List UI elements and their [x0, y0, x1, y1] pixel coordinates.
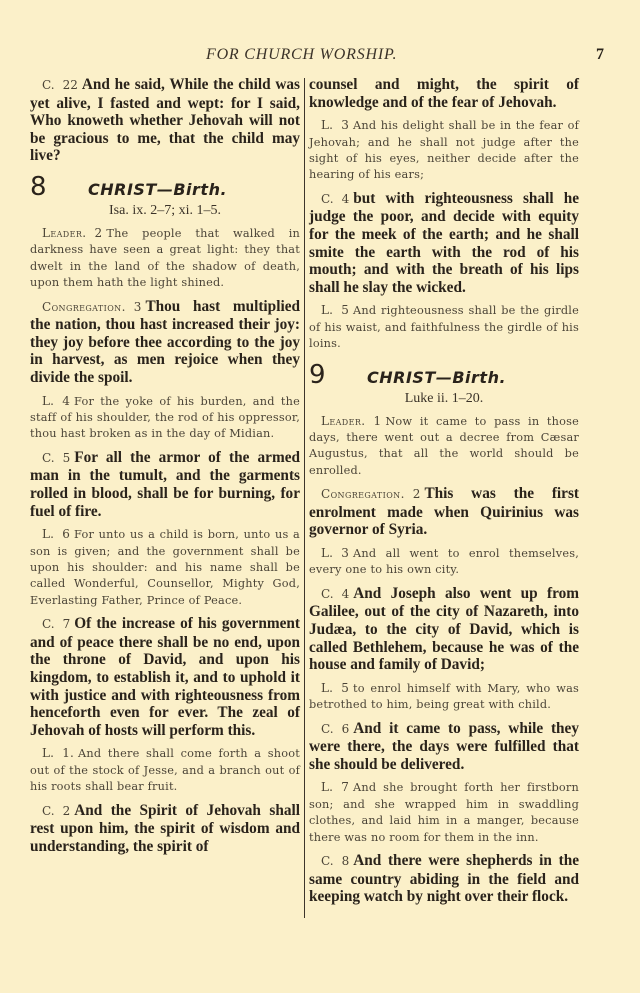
verse-number: 22	[63, 78, 78, 92]
section-title: CHRIST—Birth.	[367, 368, 506, 387]
verse-congregation-2: Congregation.2This was the first enrolme…	[309, 485, 579, 539]
right-column: counsel and might, the spirit of knowled…	[309, 76, 579, 912]
verse-l6: L.6For unto us a child is born, unto us …	[30, 526, 300, 609]
verse-l7: L.7And she brought forth her firstborn s…	[309, 779, 579, 846]
speaker-label: C.	[42, 617, 55, 631]
verse-congregation-3: Congregation.3Thou hast multiplied the n…	[30, 298, 300, 387]
running-title: FOR CHURCH WORSHIP.	[206, 46, 397, 64]
verse-text: Of the increase of his government and of…	[30, 615, 300, 739]
speaker-label: L.	[42, 394, 54, 408]
verse-c4: C.4but with righteousness shall he judge…	[309, 190, 579, 297]
speaker-label: L.	[321, 303, 333, 317]
left-column: C.22And he said, While the child was yet…	[30, 76, 300, 861]
speaker-label: L.	[321, 546, 333, 560]
section-number: 9	[309, 361, 367, 389]
verse-leader-2: Leader.2The people that walked in darkne…	[30, 225, 300, 292]
verse-number: 5	[63, 451, 71, 465]
verse-number: 3	[134, 300, 142, 314]
verse-text: counsel and might, the spirit of knowled…	[309, 76, 579, 111]
verse-number: 6	[62, 527, 70, 541]
verse-text: but with righteousness shall he judge th…	[309, 190, 579, 296]
page-header: FOR CHURCH WORSHIP. 7	[0, 46, 640, 68]
verse-number: 5	[341, 681, 349, 695]
verse-text: And the Spirit of Jehovah shall rest upo…	[30, 802, 300, 855]
verse-number: 3	[341, 546, 349, 560]
verse-l5b: L.5to enrol himself with Mary, who was b…	[309, 680, 579, 714]
verse-number: 7	[341, 780, 349, 794]
speaker-label: C.	[321, 722, 334, 736]
verse-number: 5	[341, 303, 349, 317]
verse-l1: L.1.And there shall come forth a shoot o…	[30, 745, 300, 795]
verse-text: And she brought forth her firstborn son;…	[309, 781, 579, 843]
verse-number: 8	[342, 854, 350, 868]
verse-text: And his delight shall be in the fear of …	[309, 119, 579, 181]
verse-text: to enrol himself with Mary, who was betr…	[309, 682, 579, 711]
verse-number: 6	[342, 722, 350, 736]
verse-c8: C.8And there were shepherds in the same …	[309, 852, 579, 906]
speaker-label: Congregation.	[42, 300, 126, 314]
section-title: CHRIST—Birth.	[88, 180, 227, 199]
section-number: 8	[30, 173, 88, 201]
speaker-label: C.	[42, 451, 55, 465]
verse-c22: C.22And he said, While the child was yet…	[30, 76, 300, 165]
section-heading-8: 8 CHRIST—Birth.	[30, 173, 300, 201]
section-heading-9: 9 CHRIST—Birth.	[309, 361, 579, 389]
verse-l4: L.4For the yoke of his burden, and the s…	[30, 393, 300, 443]
column-divider	[304, 78, 305, 918]
speaker-label: Congregation.	[321, 487, 405, 501]
verse-l3: L.3And his delight shall be in the fear …	[309, 117, 579, 184]
verse-number: 3	[341, 118, 349, 132]
verse-number: 2	[413, 487, 421, 501]
verse-c6: C.6And it came to pass, while they were …	[309, 720, 579, 774]
verse-number: 1.	[62, 746, 74, 760]
speaker-label: L.	[42, 527, 54, 541]
scripture-reference: Isa. ix. 2–7; xi. 1–5.	[30, 203, 300, 219]
verse-c4b: C.4And Joseph also went up from Galilee,…	[309, 585, 579, 674]
verse-number: 2	[94, 226, 102, 240]
verse-number: 4	[342, 587, 350, 601]
verse-c5: C.5For all the armor of the armed man in…	[30, 449, 300, 520]
speaker-label: C.	[321, 192, 334, 206]
verse-c7: C.7Of the increase of his government and…	[30, 615, 300, 739]
speaker-label: C.	[321, 587, 334, 601]
speaker-label: L.	[321, 681, 333, 695]
verse-text: For the yoke of his burden, and the staf…	[30, 395, 300, 441]
verse-c2: C.2And the Spirit of Jehovah shall rest …	[30, 802, 300, 856]
verse-number: 1	[373, 414, 381, 428]
speaker-label: C.	[321, 854, 334, 868]
page-number: 7	[596, 46, 604, 64]
speaker-label: Leader.	[42, 226, 86, 240]
verse-text: And Joseph also went up from Galilee, ou…	[309, 585, 579, 673]
speaker-label: L.	[321, 118, 333, 132]
verse-number: 4	[342, 192, 350, 206]
verse-c2-continued: counsel and might, the spirit of knowled…	[309, 76, 579, 111]
verse-text: And righteousness shall be the girdle of…	[309, 304, 579, 350]
speaker-label: C.	[42, 78, 55, 92]
verse-text: For unto us a child is born, unto us a s…	[30, 528, 300, 607]
verse-l3b: L.3And all went to enrol themselves, eve…	[309, 545, 579, 579]
speaker-label: L.	[42, 746, 54, 760]
verse-text: And there were shepherds in the same cou…	[309, 852, 579, 905]
scripture-reference: Luke ii. 1–20.	[309, 391, 579, 407]
speaker-label: Leader.	[321, 414, 365, 428]
verse-number: 7	[63, 617, 71, 631]
speaker-label: C.	[42, 804, 55, 818]
verse-leader-1: Leader.1Now it came to pass in those day…	[309, 413, 579, 480]
verse-number: 2	[63, 804, 71, 818]
verse-text: For all the armor of the armed man in th…	[30, 449, 300, 520]
verse-text: And all went to enrol themselves, every …	[309, 547, 579, 576]
verse-text: And it came to pass, while they were the…	[309, 720, 579, 773]
verse-number: 4	[62, 394, 70, 408]
verse-l5: L.5And righteousness shall be the girdle…	[309, 302, 579, 352]
speaker-label: L.	[321, 780, 333, 794]
